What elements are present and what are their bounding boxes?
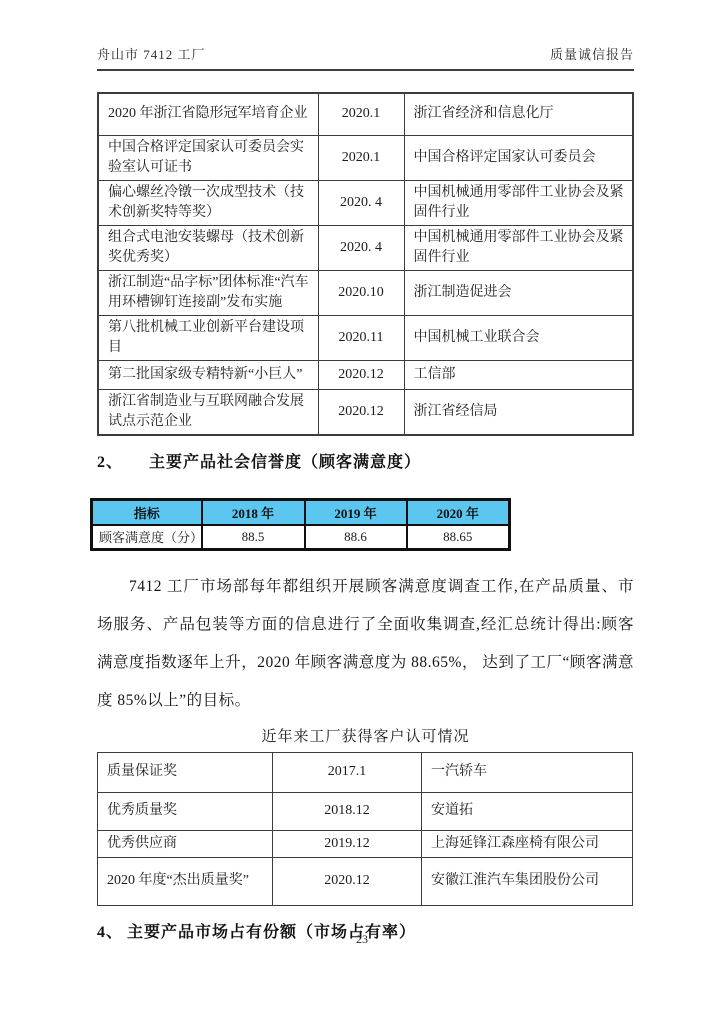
recognition-org-cell: 安徽江淮汽车集团股份公司 bbox=[422, 857, 633, 905]
table-row: 优秀供应商 2019.12 上海延锋江森座椅有限公司 bbox=[98, 830, 633, 857]
award-name-cell: 浙江制造“品字标”团体标准“汽车用环槽铆钉连接副”发布实施 bbox=[98, 270, 318, 315]
satisfaction-header-cell: 2018 年 bbox=[202, 499, 305, 525]
award-name-cell: 第二批国家级专精特新“小巨人” bbox=[98, 360, 318, 389]
recognition-award-cell: 优秀质量奖 bbox=[98, 792, 273, 830]
satisfaction-header-cell: 指标 bbox=[92, 499, 202, 525]
award-date-cell: 2020.12 bbox=[318, 389, 404, 435]
recognition-table-caption: 近年来工厂获得客户认可情况 bbox=[97, 723, 634, 752]
recognition-date-cell: 2018.12 bbox=[273, 792, 422, 830]
recognition-award-cell: 优秀供应商 bbox=[98, 830, 273, 857]
header-report-title: 质量诚信报告 bbox=[550, 44, 634, 63]
award-issuer-cell: 中国机械工业联合会 bbox=[404, 315, 633, 360]
award-issuer-cell: 浙江省经济和信息化厅 bbox=[404, 93, 633, 135]
recognition-date-cell: 2020.12 bbox=[273, 857, 422, 905]
table-row: 中国合格评定国家认可委员会实验室认可证书 2020.1 中国合格评定国家认可委员… bbox=[98, 135, 633, 180]
recognition-award-cell: 2020 年度“杰出质量奖” bbox=[98, 857, 273, 905]
recognition-date-cell: 2019.12 bbox=[273, 830, 422, 857]
award-date-cell: 2020. 4 bbox=[318, 225, 404, 270]
section-heading-2: 2、主要产品社会信誉度（顾客满意度） bbox=[97, 449, 634, 472]
award-issuer-cell: 中国机械通用零部件工业协会及紧固件行业 bbox=[404, 180, 633, 225]
section-number: 2、 bbox=[97, 449, 123, 472]
satisfaction-header-row: 指标 2018 年 2019 年 2020 年 bbox=[92, 499, 510, 525]
award-name-cell: 中国合格评定国家认可委员会实验室认可证书 bbox=[98, 135, 318, 180]
table-row: 组合式电池安装螺母（技术创新奖优秀奖） 2020. 4 中国机械通用零部件工业协… bbox=[98, 225, 633, 270]
award-name-cell: 第八批机械工业创新平台建设项目 bbox=[98, 315, 318, 360]
award-issuer-cell: 浙江制造促进会 bbox=[404, 270, 633, 315]
award-date-cell: 2020.10 bbox=[318, 270, 404, 315]
awards-table: 2020 年浙江省隐形冠军培育企业 2020.1 浙江省经济和信息化厅 中国合格… bbox=[97, 92, 634, 436]
award-date-cell: 2020.12 bbox=[318, 360, 404, 389]
award-name-cell: 组合式电池安装螺母（技术创新奖优秀奖） bbox=[98, 225, 318, 270]
survey-paragraph: 7412 工厂市场部每年都组织开展顾客满意度调查工作,在产品质量、市场服务、产品… bbox=[97, 568, 634, 720]
header-company: 舟山市 7412 工厂 bbox=[97, 44, 206, 63]
table-row: 偏心螺丝冷镦一次成型技术（技术创新奖特等奖） 2020. 4 中国机械通用零部件… bbox=[98, 180, 633, 225]
document-page: 舟山市 7412 工厂 质量诚信报告 2020 年浙江省隐形冠军培育企业 202… bbox=[0, 0, 724, 1024]
recognition-org-cell: 上海延锋江森座椅有限公司 bbox=[422, 830, 633, 857]
award-name-cell: 浙江省制造业与互联网融合发展试点示范企业 bbox=[98, 389, 318, 435]
award-date-cell: 2020.1 bbox=[318, 93, 404, 135]
table-row: 浙江省制造业与互联网融合发展试点示范企业 2020.12 浙江省经信局 bbox=[98, 389, 633, 435]
award-issuer-cell: 中国机械通用零部件工业协会及紧固件行业 bbox=[404, 225, 633, 270]
satisfaction-value-row: 顾客满意度（分） 88.5 88.6 88.65 bbox=[92, 525, 510, 549]
satisfaction-value-cell: 88.6 bbox=[305, 525, 407, 549]
award-date-cell: 2020.11 bbox=[318, 315, 404, 360]
satisfaction-value-cell: 88.5 bbox=[202, 525, 305, 549]
recognition-org-cell: 安道拓 bbox=[422, 792, 633, 830]
satisfaction-table: 指标 2018 年 2019 年 2020 年 顾客满意度（分） 88.5 88… bbox=[90, 498, 511, 551]
table-row: 2020 年度“杰出质量奖” 2020.12 安徽江淮汽车集团股份公司 bbox=[98, 857, 633, 905]
section-title: 主要产品社会信誉度（顾客满意度） bbox=[149, 454, 421, 471]
table-row: 2020 年浙江省隐形冠军培育企业 2020.1 浙江省经济和信息化厅 bbox=[98, 93, 633, 135]
recognition-table: 质量保证奖 2017.1 一汽轿车 优秀质量奖 2018.12 安道拓 优秀供应… bbox=[97, 752, 633, 906]
table-row: 浙江制造“品字标”团体标准“汽车用环槽铆钉连接副”发布实施 2020.10 浙江… bbox=[98, 270, 633, 315]
satisfaction-header-cell: 2019 年 bbox=[305, 499, 407, 525]
award-name-cell: 偏心螺丝冷镦一次成型技术（技术创新奖特等奖） bbox=[98, 180, 318, 225]
header-divider bbox=[97, 69, 634, 71]
recognition-award-cell: 质量保证奖 bbox=[98, 752, 273, 792]
running-header: 舟山市 7412 工厂 质量诚信报告 bbox=[97, 0, 634, 63]
page-number: 23 bbox=[0, 932, 724, 947]
table-row: 第二批国家级专精特新“小巨人” 2020.12 工信部 bbox=[98, 360, 633, 389]
award-date-cell: 2020.1 bbox=[318, 135, 404, 180]
recognition-org-cell: 一汽轿车 bbox=[422, 752, 633, 792]
award-issuer-cell: 浙江省经信局 bbox=[404, 389, 633, 435]
award-name-cell: 2020 年浙江省隐形冠军培育企业 bbox=[98, 93, 318, 135]
satisfaction-label-cell: 顾客满意度（分） bbox=[92, 525, 202, 549]
recognition-date-cell: 2017.1 bbox=[273, 752, 422, 792]
table-row: 第八批机械工业创新平台建设项目 2020.11 中国机械工业联合会 bbox=[98, 315, 633, 360]
table-row: 质量保证奖 2017.1 一汽轿车 bbox=[98, 752, 633, 792]
table-row: 优秀质量奖 2018.12 安道拓 bbox=[98, 792, 633, 830]
award-issuer-cell: 中国合格评定国家认可委员会 bbox=[404, 135, 633, 180]
award-issuer-cell: 工信部 bbox=[404, 360, 633, 389]
satisfaction-header-cell: 2020 年 bbox=[407, 499, 510, 525]
award-date-cell: 2020. 4 bbox=[318, 180, 404, 225]
satisfaction-value-cell: 88.65 bbox=[407, 525, 510, 549]
